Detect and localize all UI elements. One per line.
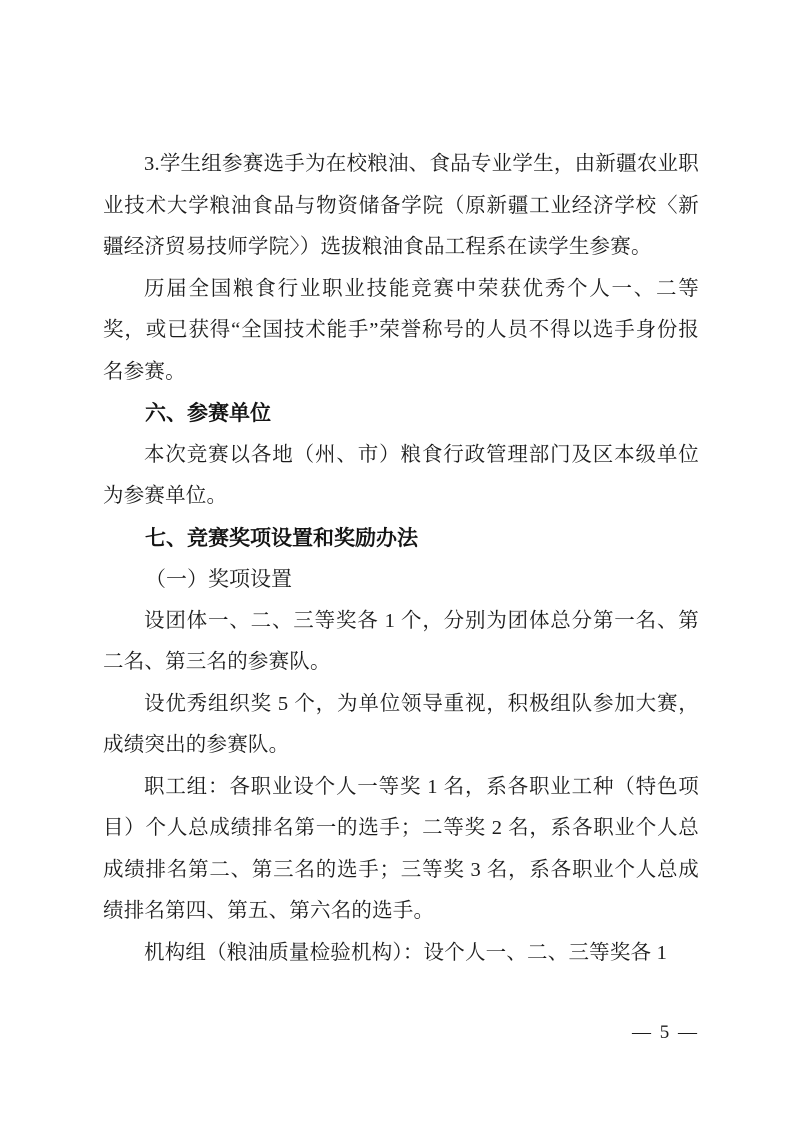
page-content: 3.学生组参赛选手为在校粮油、食品专业学生，由新疆农业职业技术大学粮油食品与物资… <box>103 144 699 974</box>
paragraph-organization-awards: 设优秀组织奖 5 个，为单位领导重视，积极组队参加大赛，成绩突出的参赛队。 <box>103 684 699 767</box>
paragraph-institution-group-awards: 机构组（粮油质量检验机构）：设个人一、二、三等奖各 1 <box>103 933 699 975</box>
document-page: 3.学生组参赛选手为在校粮油、食品专业学生，由新疆农业职业技术大学粮油食品与物资… <box>0 0 793 1122</box>
paragraph-participating-units: 本次竞赛以各地（州、市）粮食行政管理部门及区本级单位为参赛单位。 <box>103 435 699 518</box>
page-number: — 5 — <box>632 1020 699 1046</box>
paragraph-worker-group-awards: 职工组：各职业设个人一等奖 1 名，系各职业工种（特色项目）个人总成绩排名第一的… <box>103 767 699 933</box>
subsection-heading-award-setup: （一）奖项设置 <box>103 559 699 601</box>
section-heading-participating-units: 六、参赛单位 <box>103 393 699 435</box>
section-heading-awards-and-incentives: 七、竞赛奖项设置和奖励办法 <box>103 518 699 560</box>
paragraph-student-group-eligibility: 3.学生组参赛选手为在校粮油、食品专业学生，由新疆农业职业技术大学粮油食品与物资… <box>103 144 699 269</box>
paragraph-team-awards: 设团体一、二、三等奖各 1 个，分别为团体总分第一名、第二名、第三名的参赛队。 <box>103 601 699 684</box>
paragraph-previous-winners-restriction: 历届全国粮食行业职业技能竞赛中荣获优秀个人一、二等奖，或已获得“全国技术能手”荣… <box>103 269 699 394</box>
